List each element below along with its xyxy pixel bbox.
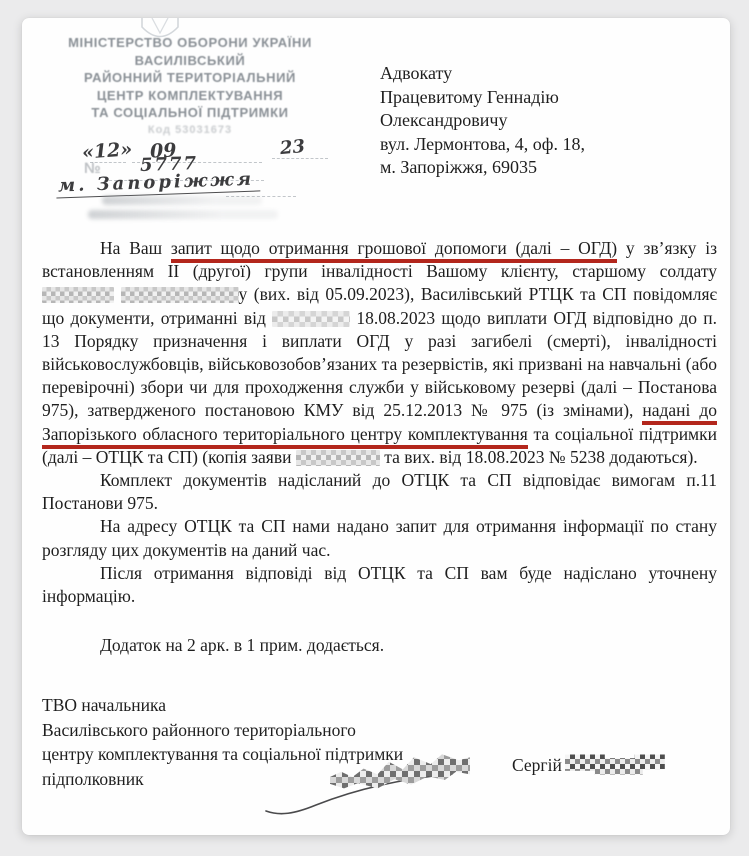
stamp-org-line: ТА СОЦІАЛЬНОЇ ПІДТРИМКИ <box>40 104 340 122</box>
signer-position-line: Василівського районного територіального <box>42 718 717 743</box>
recipient-line: Олександровичу <box>380 109 585 133</box>
redaction-pixelated <box>272 311 350 327</box>
redaction-pixelated <box>42 287 114 303</box>
signer-name: Сергій <box>512 753 665 778</box>
letter-body: На Ваш запит щодо отримання грошової доп… <box>42 237 717 657</box>
document-page: МІНІСТЕРСТВО ОБОРОНИ УКРАЇНИ ВАСИЛІВСЬКИ… <box>22 18 730 835</box>
signer-position-line: ТВО начальника <box>42 693 717 718</box>
recipient-line: вул. Лермонтова, 4, оф. 18, <box>380 133 585 157</box>
stamp-org-line: МІНІСТЕРСТВО ОБОРОНИ УКРАЇНИ <box>40 34 340 52</box>
handwritten-date-year: 23 <box>279 136 306 159</box>
paragraph-followup: Після отримання відповіді від ОТЦК та СП… <box>42 562 717 608</box>
stamp-org-line: ВАСИЛІВСЬКИЙ <box>40 52 340 70</box>
redaction-pixelated <box>565 754 665 775</box>
stamp-org-line: ЦЕНТР КОМПЛЕКТУВАННЯ <box>40 87 340 105</box>
stamp-org-line: РАЙОННИЙ ТЕРИТОРІАЛЬНИЙ <box>40 69 340 87</box>
faded-stamp-impression <box>102 196 262 205</box>
scan-background: МІНІСТЕРСТВО ОБОРОНИ УКРАЇНИ ВАСИЛІВСЬКИ… <box>0 0 749 856</box>
stamp-org-code: Код 53031673 <box>40 124 340 136</box>
recipient-line: м. Запоріжжя, 69035 <box>380 156 585 180</box>
org-stamp: МІНІСТЕРСТВО ОБОРОНИ УКРАЇНИ ВАСИЛІВСЬКИ… <box>40 34 340 218</box>
redaction-pixelated <box>121 287 239 303</box>
signature-block: ТВО начальника Василівського районного т… <box>42 693 717 823</box>
signer-first-name: Сергій <box>512 755 562 775</box>
letter-header: МІНІСТЕРСТВО ОБОРОНИ УКРАЇНИ ВАСИЛІВСЬКИ… <box>22 18 730 218</box>
body-text: та вих. від 18.08.2023 № 5238 додаються)… <box>380 447 698 467</box>
recipient-line: Працевитому Геннадію <box>380 86 585 110</box>
recipient-block: Адвокату Працевитому Геннадію Олександро… <box>380 62 585 180</box>
paragraph-documents: Комплект документів надісланий до ОТЦК т… <box>42 469 717 515</box>
redaction-pixelated <box>296 450 380 466</box>
faded-stamp-impression <box>88 210 278 219</box>
paragraph-main: На Ваш запит щодо отримання грошової доп… <box>42 237 717 469</box>
paragraph-request: На адресу ОТЦК та СП нами надано запит д… <box>42 515 717 561</box>
recipient-line: Адвокату <box>380 62 585 86</box>
attachment-note: Додаток на 2 арк. в 1 прим. додається. <box>42 634 717 657</box>
body-text: На Ваш <box>100 238 171 258</box>
red-underlined-text: запит щодо отримання грошової допомоги (… <box>171 238 617 263</box>
